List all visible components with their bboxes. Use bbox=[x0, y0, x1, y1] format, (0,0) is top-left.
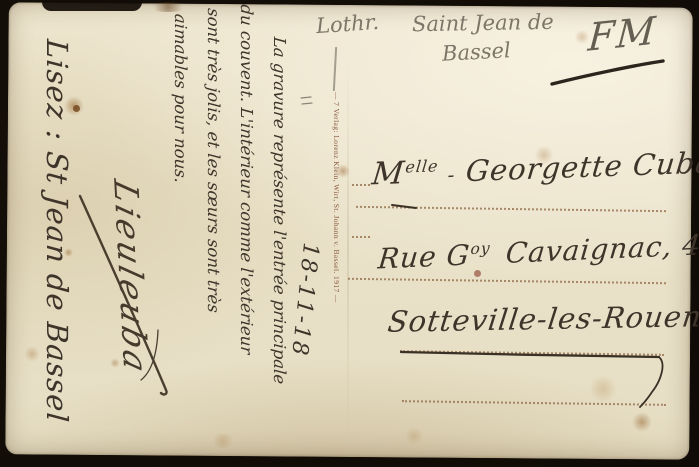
address-title: M bbox=[370, 155, 407, 192]
city-underline-stroke bbox=[401, 352, 659, 357]
message-block: La gravure représente l'entrée principal… bbox=[40, 0, 296, 450]
address-name: Georgette Cuban bbox=[464, 145, 699, 188]
message-line: sont très jolis, et les sœurs sont très bbox=[197, 1, 230, 445]
postcard-scan: Lothr. Saint Jean de Bassel FM — 7 Verla… bbox=[0, 0, 699, 467]
message-line: aimables pour nous. bbox=[164, 0, 197, 443]
city-underline-hook bbox=[640, 357, 663, 407]
franchise-militaire-mark: FM bbox=[587, 8, 659, 60]
street-sup: oy bbox=[470, 239, 492, 258]
signature: Lieuleuba bbox=[103, 175, 161, 444]
message-line: du couvent. L'intérieur comme l'extérieu… bbox=[230, 3, 263, 447]
fm-underline-swoosh bbox=[552, 61, 663, 84]
pencil-marks bbox=[301, 97, 312, 104]
address-title-sup: elle bbox=[404, 156, 439, 176]
pencil-place-note-line1: Saint Jean de bbox=[412, 10, 554, 36]
message-line: La gravure représente l'entrée principal… bbox=[263, 6, 296, 450]
pencil-place-note-line2: Bassel bbox=[441, 38, 511, 66]
publisher-imprint: — 7 Verlag: Lorenz Klein, Wirt, St. Joha… bbox=[332, 92, 341, 303]
street-prefix: Rue G bbox=[377, 238, 472, 275]
address-title-dash: - bbox=[447, 162, 457, 186]
sender-place-note: Lisez : St Jean de Bassel bbox=[40, 38, 74, 434]
pencil-region-note: Lothr. bbox=[315, 10, 379, 38]
address-city-line: Sotteville-les-Rouen bbox=[386, 299, 699, 339]
title-underline-dash bbox=[392, 205, 416, 208]
